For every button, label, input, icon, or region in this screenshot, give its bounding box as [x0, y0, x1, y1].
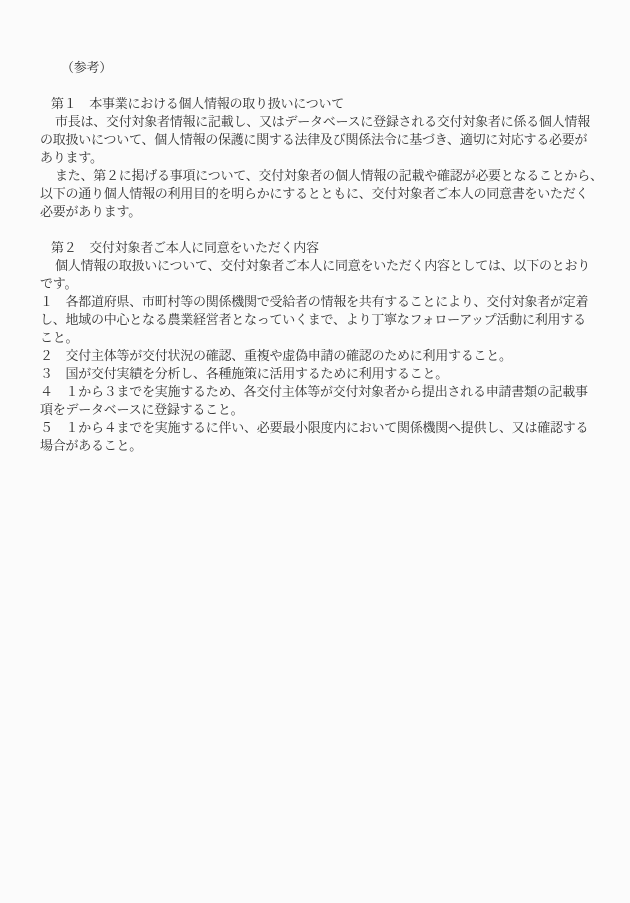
- text-line: 必要があります。: [40, 203, 590, 221]
- text-line: ３ 国が交付実績を分析し、各種施策に活用するために利用すること。: [40, 365, 590, 383]
- section-heading: 第１ 本事業における個人情報の取り扱いについて: [40, 95, 590, 113]
- text-line: ５ １から４までを実施するに伴い、必要最小限度内において関係機関へ提供し、又は確…: [40, 419, 590, 437]
- text-line: です。: [40, 275, 590, 293]
- reference-label: （参考）: [40, 59, 590, 77]
- text-line: 以下の通り個人情報の利用目的を明らかにするとともに、交付対象者ご本人の同意書をい…: [40, 185, 590, 203]
- text-line: １ 各都道府県、市町村等の関係機関で受給者の情報を共有することにより、交付対象者…: [40, 293, 590, 311]
- document-text-block: （参考） 第１ 本事業における個人情報の取り扱いについて市長は、交付対象者情報に…: [40, 59, 590, 455]
- text-line: また、第２に掲げる事項について、交付対象者の個人情報の記載や確認が必要となること…: [40, 167, 590, 185]
- text-line: し、地域の中心となる農業経営者となっていくまで、より丁寧なフォローアップ活動に利…: [40, 311, 590, 329]
- text-line: の取扱いについて、個人情報の保護に関する法律及び関係法令に基づき、適切に対応する…: [40, 131, 590, 149]
- text-line: 市長は、交付対象者情報に記載し、又はデータベースに登録される交付対象者に係る個人…: [40, 113, 590, 131]
- text-line: 個人情報の取扱いについて、交付対象者ご本人に同意をいただく内容としては、以下のと…: [40, 257, 590, 275]
- section-heading: 第２ 交付対象者ご本人に同意をいただく内容: [40, 239, 590, 257]
- text-line: 場合があること。: [40, 437, 590, 455]
- text-line: ４ １から３までを実施するため、各交付主体等が交付対象者から提出される申請書類の…: [40, 383, 590, 401]
- text-line: ２ 交付主体等が交付状況の確認、重複や虚偽申請の確認のために利用すること。: [40, 347, 590, 365]
- blank-line: [40, 221, 590, 239]
- text-line: あります。: [40, 149, 590, 167]
- text-line: こと。: [40, 329, 590, 347]
- document-page: （参考） 第１ 本事業における個人情報の取り扱いについて市長は、交付対象者情報に…: [0, 0, 630, 903]
- blank-line: [40, 77, 590, 95]
- text-line: 項をデータベースに登録すること。: [40, 401, 590, 419]
